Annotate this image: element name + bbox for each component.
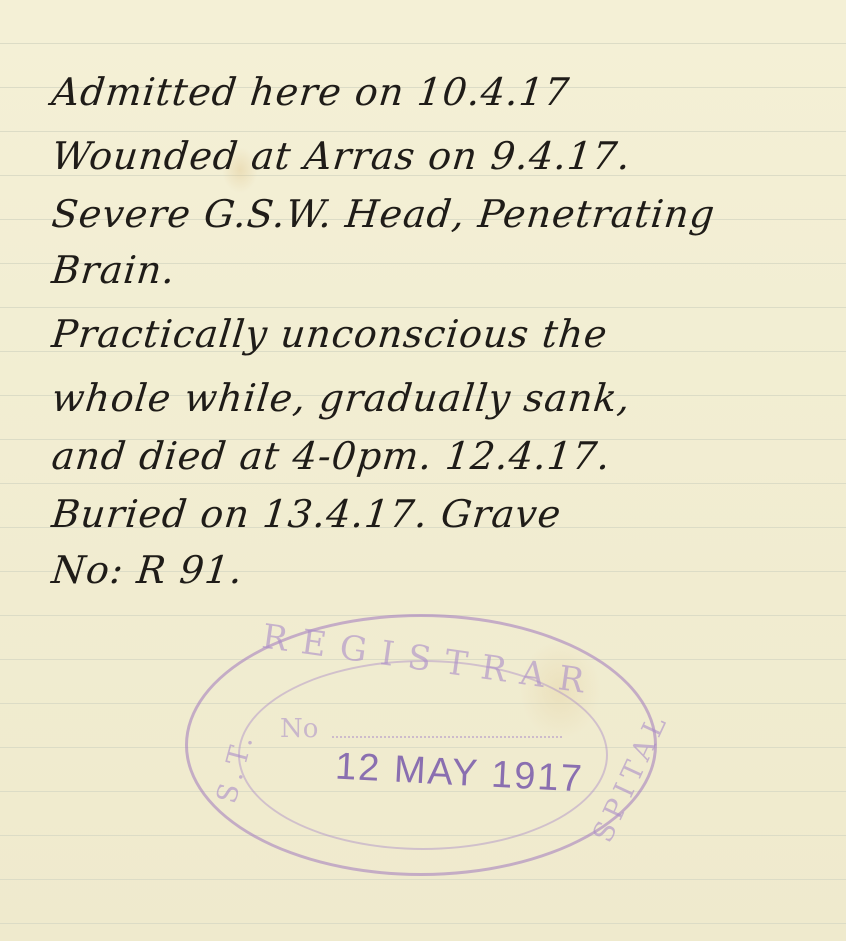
stamp-number-label: No — [280, 714, 318, 744]
note-line-9: No: R 91. — [50, 548, 246, 592]
note-line-6: whole while, gradually sank, — [50, 376, 633, 420]
stamp-number-dotted-line — [332, 736, 562, 738]
note-line-7: and died at 4-0pm. 12.4.17. — [50, 434, 613, 478]
note-line-2: Wounded at Arras on 9.4.17. — [50, 134, 634, 178]
note-line-4: Brain. — [50, 248, 178, 292]
note-line-8: Buried on 13.4.17. Grave — [50, 492, 564, 536]
paper-page: Admitted here on 10.4.17 Wounded at Arra… — [0, 0, 846, 941]
note-line-1: Admitted here on 10.4.17 — [50, 70, 572, 114]
note-line-3: Severe G.S.W. Head, Penetrating — [50, 192, 718, 236]
note-line-5: Practically unconscious the — [50, 312, 610, 356]
